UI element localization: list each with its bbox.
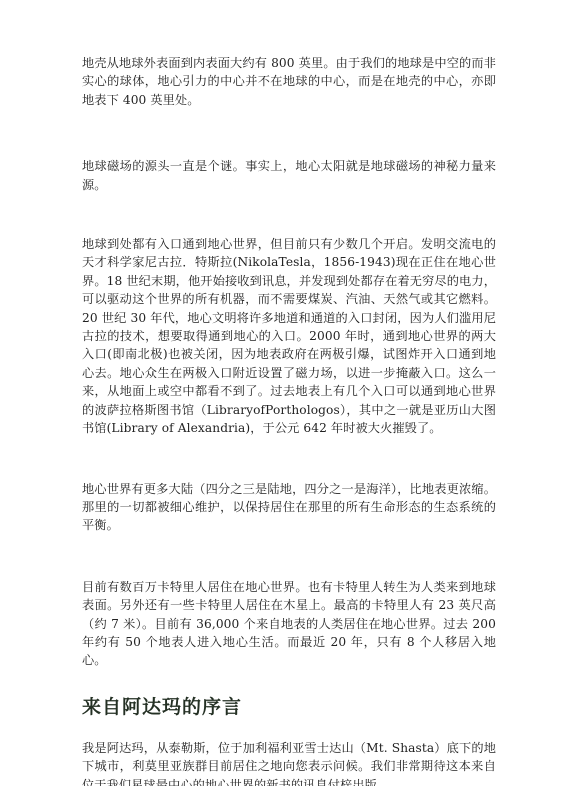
paragraph-adama-intro: 我是阿达玛，从泰勒斯，位于加利福利亚雪士达山（Mt. Shasta）底下的地下城… xyxy=(82,739,496,786)
paragraph-magnetic-field: 地球磁场的源头一直是个谜。事实上，地心太阳就是地球磁场的神秘力量来源。 xyxy=(82,157,496,194)
document-page: 地壳从地球外表面到内表面大约有 800 英里。由于我们的地球是中空的而非实心的球… xyxy=(82,54,496,786)
paragraph-continents: 地心世界有更多大陆（四分之三是陆地，四分之一是海洋），比地表更浓缩。那里的一切都… xyxy=(82,480,496,535)
section-heading: 来自阿达玛的序言 xyxy=(82,692,496,719)
paragraph-population: 目前有数百万卡特里人居住在地心世界。也有卡特里人转生为人类来到地球表面。另外还有… xyxy=(82,578,496,670)
paragraph-crust-thickness: 地壳从地球外表面到内表面大约有 800 英里。由于我们的地球是中空的而非实心的球… xyxy=(82,54,496,109)
paragraph-entrances: 地球到处都有入口通到地心世界，但目前只有少数几个开启。发明交流电的天才科学家尼古… xyxy=(82,235,496,437)
